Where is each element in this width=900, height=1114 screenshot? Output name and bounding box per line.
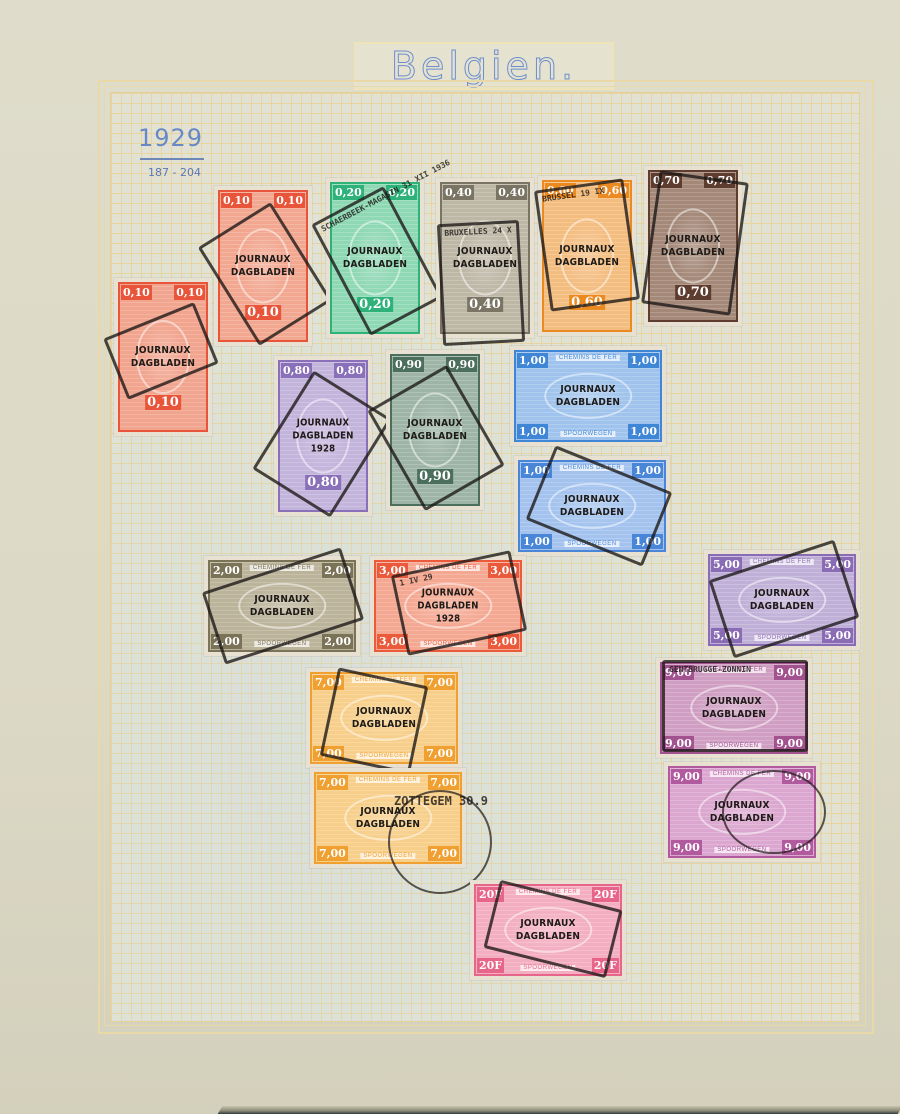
stamp-value: 9,00	[671, 769, 702, 784]
stamp-value: 0,90	[417, 469, 453, 484]
stamp-s090: 0,900,900,90JOURNAUXDAGBLADEN	[386, 350, 484, 510]
stamp-value: 0,80	[334, 363, 365, 378]
stamp-design: 9,009,009,009,00CHEMINS DE FERSPOORWEGEN…	[660, 662, 808, 754]
stamp-top-band: CHEMINS DE FER	[352, 677, 416, 683]
stamp-value: 0,40	[443, 185, 474, 200]
stamp-top-band: CHEMINS DE FER	[416, 565, 480, 571]
stamp-bottom-band: SPOORWEGEN	[360, 853, 415, 859]
stamp-value: 0,10	[145, 395, 181, 410]
stamp-value: 0,20	[386, 185, 417, 200]
stamp-design: 2,002,002,002,00CHEMINS DE FERSPOORWEGEN…	[208, 560, 356, 652]
stamp-overprint: JOURNAUXDAGBLADEN	[220, 253, 306, 279]
stamp-s100a: 1,001,001,001,00CHEMINS DE FERSPOORWEGEN…	[510, 346, 666, 446]
stamp-value: 0,60	[545, 183, 576, 198]
stamp-value: 0,40	[467, 297, 503, 312]
stamp-overprint: JOURNAUXDAGBLADEN	[120, 344, 206, 370]
stamp-bottom-band: SPOORWEGEN	[706, 743, 761, 749]
stamp-design: 0,800,800,80JOURNAUXDAGBLADEN1928	[278, 360, 368, 512]
stamp-bottom-band: SPOORWEGEN	[254, 641, 309, 647]
stamp-value: 2,00	[322, 563, 353, 578]
stamp-bottom-band: SPOORWEGEN	[564, 541, 619, 547]
stamp-bottom-band: SPOORWEGEN	[714, 847, 769, 853]
stamp-value: 9,00	[663, 665, 694, 680]
stamp-design: 20F20F20F20FCHEMINS DE FERSPOORWEGENJOUR…	[474, 884, 622, 976]
stamp-design: 0,700,700,70JOURNAUXDAGBLADEN	[648, 170, 738, 322]
stamp-top-band: CHEMINS DE FER	[556, 355, 620, 361]
stamp-value: 5,00	[822, 628, 853, 643]
stamp-value: 9,00	[671, 840, 702, 855]
stamp-value: 1,00	[517, 353, 548, 368]
year-underline	[140, 158, 204, 160]
stamp-overprint: JOURNAUXDAGBLADEN1928	[280, 417, 366, 456]
stamp-design: 3,003,003,003,00CHEMINS DE FERSPOORWEGEN…	[374, 560, 522, 652]
stamp-overprint: JOURNAUXDAGBLADEN	[442, 245, 528, 271]
stamp-design: 0,900,900,90JOURNAUXDAGBLADEN	[390, 354, 480, 506]
stamp-value: 5,00	[822, 557, 853, 572]
stamp-value: 9,00	[774, 665, 805, 680]
stamp-value: 3,00	[377, 563, 408, 578]
stamp-value: 0,60	[569, 295, 605, 310]
stamp-value: 0,80	[281, 363, 312, 378]
stamp-value: 1,00	[628, 353, 659, 368]
stamp-overprint: JOURNAUXDAGBLADEN	[392, 417, 478, 443]
stamp-s080: 0,800,800,80JOURNAUXDAGBLADEN1928	[274, 356, 372, 516]
stamp-value: 7,00	[313, 746, 344, 761]
stamp-design: 5,005,005,005,00CHEMINS DE FERSPOORWEGEN…	[708, 554, 856, 646]
stamp-value: 9,00	[774, 736, 805, 751]
stamp-value: 3,00	[488, 634, 519, 649]
stamp-value: 20F	[477, 958, 504, 973]
stamp-overprint: JOURNAUXDAGBLADEN	[710, 587, 854, 613]
stamp-s20f: 20F20F20F20FCHEMINS DE FERSPOORWEGENJOUR…	[470, 880, 626, 980]
stamp-value: 9,00	[782, 769, 813, 784]
stamp-value: 0,80	[305, 475, 341, 490]
stamp-design: 0,100,100,10JOURNAUXDAGBLADEN	[218, 190, 308, 342]
stamp-s010b: 0,100,100,10JOURNAUXDAGBLADEN	[214, 186, 312, 346]
stamp-bottom-band: SPOORWEGEN	[560, 431, 615, 437]
stamp-design: 9,009,009,009,00CHEMINS DE FERSPOORWEGEN…	[668, 766, 816, 858]
stamp-overprint: JOURNAUXDAGBLADEN	[650, 233, 736, 259]
stamp-design: 0,400,400,40JOURNAUXDAGBLADEN	[440, 182, 530, 334]
stamp-design: 7,007,007,007,00CHEMINS DE FERSPOORWEGEN…	[314, 772, 462, 864]
stamp-value: 1,00	[517, 424, 548, 439]
stamp-s200: 2,002,002,002,00CHEMINS DE FERSPOORWEGEN…	[204, 556, 360, 656]
stamp-overprint: JOURNAUXDAGBLADEN	[312, 705, 456, 731]
stamp-s020: 0,200,200,20JOURNAUXDAGBLADENSCHAERBEEK-…	[326, 178, 424, 338]
stamp-value: 20F	[592, 958, 619, 973]
stamp-s070: 0,700,700,70JOURNAUXDAGBLADEN	[644, 166, 742, 326]
stamp-value: 9,00	[782, 840, 813, 855]
stamp-value: 0,70	[675, 285, 711, 300]
stamp-s900b: 9,009,009,009,00CHEMINS DE FERSPOORWEGEN…	[664, 762, 820, 862]
stamp-value: 7,00	[428, 846, 459, 861]
stamp-value: 7,00	[313, 675, 344, 690]
stamp-top-band: CHEMINS DE FER	[710, 771, 774, 777]
year-annotation: 1929	[138, 124, 203, 152]
stamp-value: 20F	[592, 887, 619, 902]
stamp-bottom-band: SPOORWEGEN	[356, 753, 411, 759]
stamp-design: 7,007,007,007,00CHEMINS DE FERSPOORWEGEN…	[310, 672, 458, 764]
stamp-top-band: CHEMINS DE FER	[560, 465, 624, 471]
stamp-value: 0,10	[121, 285, 152, 300]
stamp-design: 0,600,600,60JOURNAUXDAGBLADEN	[542, 180, 632, 332]
stamp-overprint: JOURNAUXDAGBLADEN	[476, 917, 620, 943]
stamp-design: 0,200,200,20JOURNAUXDAGBLADEN	[330, 182, 420, 334]
stamp-value: 5,00	[711, 557, 742, 572]
stamp-s500: 5,005,005,005,00CHEMINS DE FERSPOORWEGEN…	[704, 550, 860, 650]
stamp-overprint: JOURNAUXDAGBLADEN	[210, 593, 354, 619]
stamp-s700b: 7,007,007,007,00CHEMINS DE FERSPOORWEGEN…	[310, 768, 466, 868]
stamp-value: 0,10	[221, 193, 252, 208]
stamp-s300: 3,003,003,003,00CHEMINS DE FERSPOORWEGEN…	[370, 556, 526, 656]
stamp-value: 5,00	[711, 628, 742, 643]
stamp-bottom-band: SPOORWEGEN	[420, 641, 475, 647]
stamp-s700a: 7,007,007,007,00CHEMINS DE FERSPOORWEGEN…	[306, 668, 462, 768]
stamp-value: 0,60	[598, 183, 629, 198]
stamp-value: 0,70	[704, 173, 735, 188]
stamp-value: 7,00	[317, 846, 348, 861]
stamp-value: 7,00	[424, 746, 455, 761]
stamp-value: 1,00	[632, 534, 663, 549]
stamp-top-band: CHEMINS DE FER	[750, 559, 814, 565]
stamp-value: 0,90	[393, 357, 424, 372]
stamp-value: 9,00	[663, 736, 694, 751]
stamp-s040: 0,400,400,40JOURNAUXDAGBLADENBRUXELLES 2…	[436, 178, 534, 338]
catalog-range-annotation: 187 - 204	[148, 166, 201, 179]
stamp-value: 7,00	[428, 775, 459, 790]
stamp-value: 1,00	[632, 463, 663, 478]
stamp-value: 7,00	[424, 675, 455, 690]
stamp-overprint: JOURNAUXDAGBLADEN	[516, 383, 660, 409]
stamp-top-band: CHEMINS DE FER	[356, 777, 420, 783]
stamp-value: 1,00	[521, 534, 552, 549]
stamp-top-band: CHEMINS DE FER	[702, 667, 766, 673]
stamp-value: 2,00	[322, 634, 353, 649]
stamp-value: 0,70	[651, 173, 682, 188]
stamp-s060: 0,600,600,60JOURNAUXDAGBLADENBRUSSEL 19 …	[538, 176, 636, 336]
stamp-overprint: JOURNAUXDAGBLADEN	[670, 799, 814, 825]
stamp-s100b: 1,001,001,001,00CHEMINS DE FERSPOORWEGEN…	[514, 456, 670, 556]
stamp-value: 0,10	[174, 285, 205, 300]
stamp-bottom-band: SPOORWEGEN	[520, 965, 575, 971]
stamp-value: 0,90	[446, 357, 477, 372]
stamp-top-band: CHEMINS DE FER	[250, 565, 314, 571]
stamp-value: 0,10	[245, 305, 281, 320]
stamp-value: 1,00	[628, 424, 659, 439]
stamp-value: 3,00	[488, 563, 519, 578]
stamp-overprint: JOURNAUXDAGBLADEN	[662, 695, 806, 721]
stamp-design: 1,001,001,001,00CHEMINS DE FERSPOORWEGEN…	[514, 350, 662, 442]
stamp-value: 2,00	[211, 634, 242, 649]
stamp-bottom-band: SPOORWEGEN	[754, 635, 809, 641]
stamp-value: 2,00	[211, 563, 242, 578]
stamp-value: 1,00	[521, 463, 552, 478]
stamp-top-band: CHEMINS DE FER	[516, 889, 580, 895]
stamp-value: 20F	[477, 887, 504, 902]
stamp-s900a: 9,009,009,009,00CHEMINS DE FERSPOORWEGEN…	[656, 658, 812, 758]
stamp-value: 0,10	[274, 193, 305, 208]
album-page-edge	[218, 1106, 900, 1114]
stamp-overprint: JOURNAUXDAGBLADEN1928	[376, 587, 520, 626]
stamp-value: 7,00	[317, 775, 348, 790]
stamp-value: 3,00	[377, 634, 408, 649]
stamp-overprint: JOURNAUXDAGBLADEN	[544, 243, 630, 269]
stamp-value: 0,40	[496, 185, 527, 200]
stamp-value: 0,20	[357, 297, 393, 312]
stamp-overprint: JOURNAUXDAGBLADEN	[520, 493, 664, 519]
stamp-s010a: 0,100,100,10JOURNAUXDAGBLADEN	[114, 278, 212, 436]
stamp-value: 0,20	[333, 185, 364, 200]
stamp-overprint: JOURNAUXDAGBLADEN	[332, 245, 418, 271]
stamp-design: 0,100,100,10JOURNAUXDAGBLADEN	[118, 282, 208, 432]
stamp-overprint: JOURNAUXDAGBLADEN	[316, 805, 460, 831]
stamp-design: 1,001,001,001,00CHEMINS DE FERSPOORWEGEN…	[518, 460, 666, 552]
